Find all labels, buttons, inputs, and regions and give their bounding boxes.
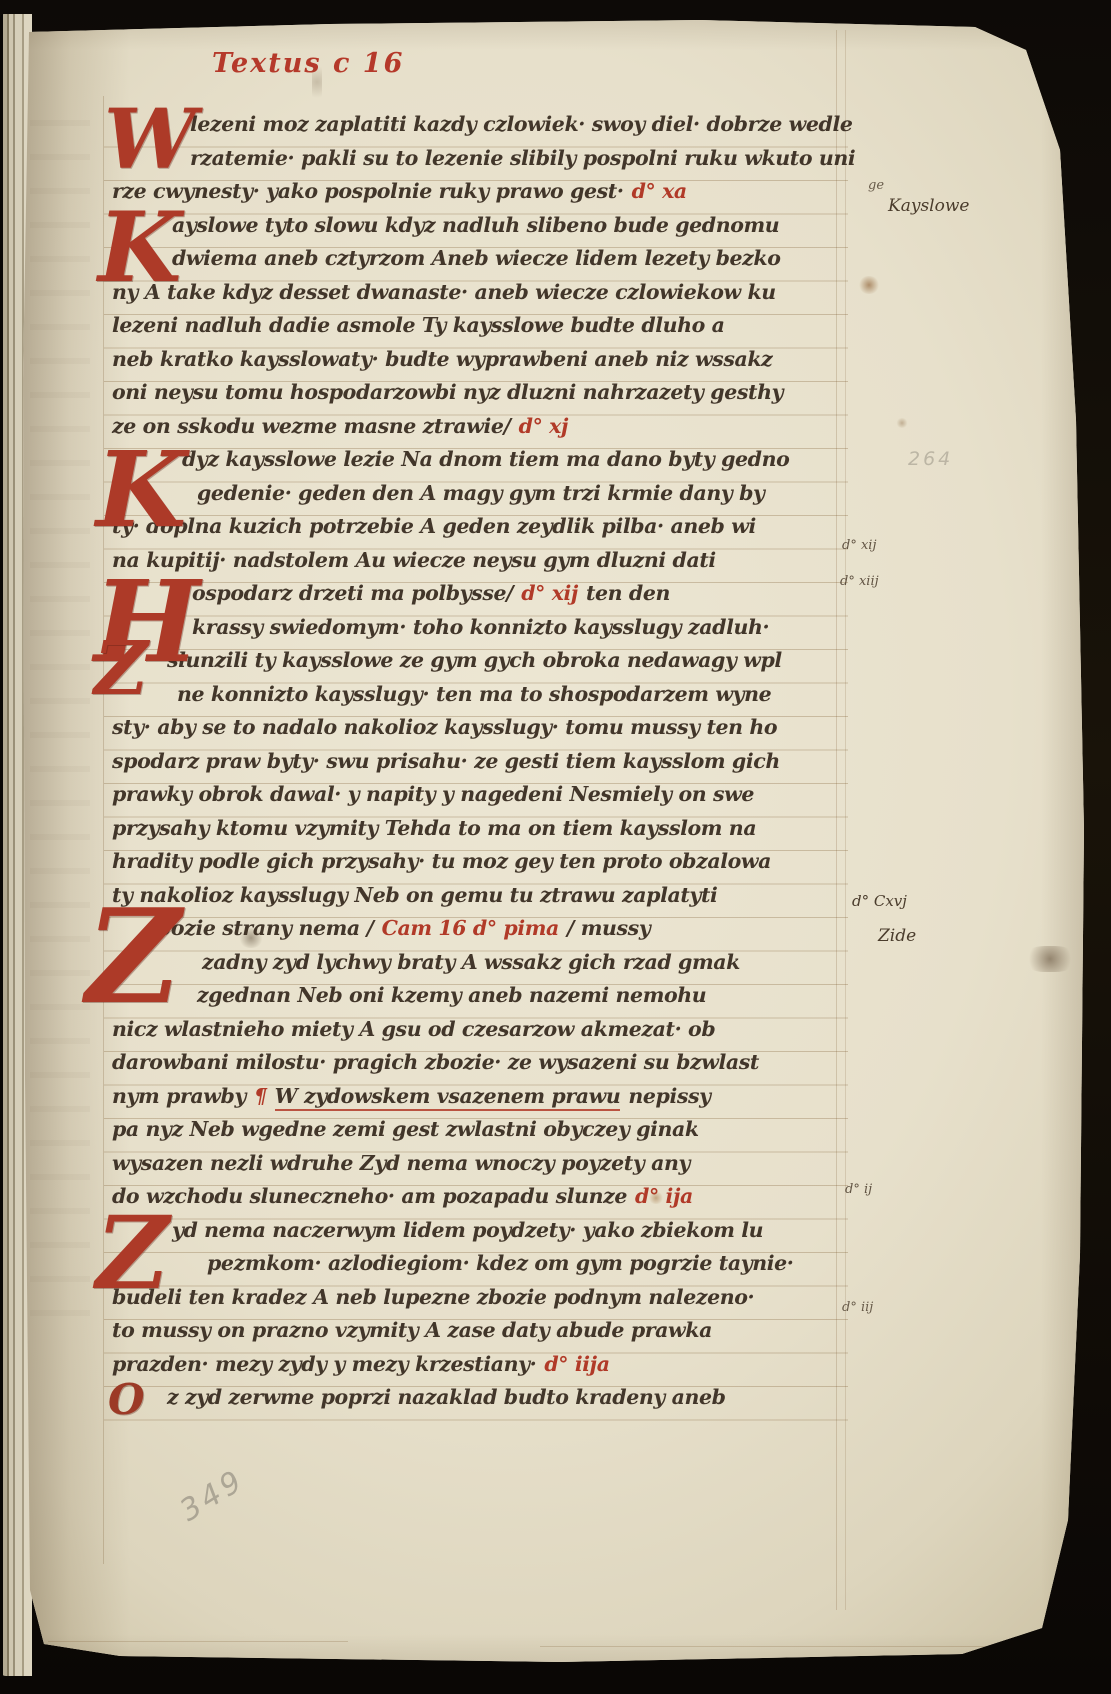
text-column: W lezeni moz zaplatiti kazdy czlowiek· s… <box>112 112 848 1419</box>
stain <box>896 418 908 428</box>
text-line: gedenie· geden den A magy gym trzi krmie… <box>112 481 848 515</box>
paragraph: H ospodarz drzeti ma polbysse/d° xijten … <box>112 581 848 648</box>
paragraph: K ayslowe tyto slowu kdyz nadluh slibeno… <box>112 213 848 448</box>
text-line: budeli ten kradez A neb lupezne zbozie p… <box>112 1285 848 1319</box>
stain <box>648 1192 664 1204</box>
text-line: prazden· mezy zydy y mezy krzestiany·d° … <box>112 1352 848 1386</box>
margin-citation: d° xiij <box>840 574 879 589</box>
drop-cap-initial: Z <box>86 898 181 1015</box>
header-rubric: Textus c 16 <box>212 48 404 79</box>
text-line: lezeni nadluh dadie asmole Ty kaysslowe … <box>112 313 848 347</box>
ink-showthrough <box>30 120 90 1320</box>
parchment-page: Textus c 16 W lezeni moz zaplatiti kazdy… <box>0 0 1111 1694</box>
margin-citation: d° iij <box>842 1300 873 1315</box>
paragraph: W lezeni moz zaplatiti kazdy czlowiek· s… <box>112 112 848 213</box>
text-line: ty nakolioz kaysslugy Neb on gemu tu ztr… <box>112 883 848 917</box>
stain <box>1024 946 1076 972</box>
drop-cap-initial: K <box>98 205 181 291</box>
text-line: zgednan Neb oni kzemy aneb nazemi nemohu <box>112 983 848 1017</box>
frame-line-left <box>103 96 104 1564</box>
text-line: oni neysu tomu hospodarzowbi nyz dluzni … <box>112 380 848 414</box>
drop-cap-initial: K <box>96 443 186 537</box>
paragraph: K dyz kaysslowe lezie Na dnom tiem ma da… <box>112 447 848 581</box>
text-line: lezeni moz zaplatiti kazdy czlowiek· swo… <box>112 112 848 146</box>
text-line: do wzchodu sluneczneho· am pozapadu slun… <box>112 1184 848 1218</box>
text-line: spodarz praw byty· swu prisahu· ze gesti… <box>112 749 848 783</box>
text-line: rzatemie· pakli su to lezenie slibily po… <box>112 146 848 180</box>
text-line: neb kratko kaysslowaty· budte wyprawbeni… <box>112 347 848 381</box>
text-line: z zyd zerwme poprzi nazaklad budto krade… <box>112 1385 848 1419</box>
text-line: sty· aby se to nadalo nakolioz kaysslugy… <box>112 715 848 749</box>
text-line: ospodarz drzeti ma polbysse/d° xijten de… <box>112 581 848 615</box>
drop-cap-initial: Z <box>94 636 148 703</box>
paragraph: Z bozie strany nema /Cam 16 d° pima/ mus… <box>112 916 848 1218</box>
frame-line-bottom-left <box>48 1641 348 1642</box>
stain <box>858 276 880 294</box>
text-line: prawky obrok dawal· y napity y nagedeni … <box>112 782 848 816</box>
stain <box>312 60 322 104</box>
text-line: dyz kaysslowe lezie Na dnom tiem ma dano… <box>112 447 848 481</box>
text-line: slunzili ty kaysslowe ze gym gych obroka… <box>112 648 848 682</box>
text-line: ze on sskodu wezme masne ztrawie/d° xj <box>112 414 848 448</box>
manuscript-photo: Textus c 16 W lezeni moz zaplatiti kazdy… <box>0 0 1111 1694</box>
text-line: bozie strany nema /Cam 16 d° pima/ mussy <box>112 916 848 950</box>
margin-citation: d° ij <box>845 1182 872 1197</box>
text-line: ny A take kdyz desset dwanaste· aneb wie… <box>112 280 848 314</box>
margin-note-kayslowe: Kayslowe <box>888 196 969 216</box>
drop-cap-initial: W <box>104 104 196 178</box>
stain <box>238 928 264 948</box>
frame-line-bottom-right <box>540 1646 1010 1647</box>
paragraph: Z yd nema naczerwym lidem poydzety· yako… <box>112 1218 848 1386</box>
text-line: nym prawby¶W zydowskem vsazenem prawunep… <box>112 1084 848 1118</box>
text-line: to mussy on prazno vzymity A zase daty a… <box>112 1318 848 1352</box>
text-line: dwiema aneb cztyrzom Aneb wiecze lidem l… <box>112 246 848 280</box>
paragraph: O z zyd zerwme poprzi nazaklad budto kra… <box>112 1385 848 1419</box>
text-line: hradity podle gich przysahy· tu moz gey … <box>112 849 848 883</box>
text-line: nicz wlastnieho miety A gsu od czesarzow… <box>112 1017 848 1051</box>
margin-note-zide: Zide <box>878 926 916 946</box>
text-line: rze cwynesty· yako pospolnie ruky prawo … <box>112 179 848 213</box>
text-line: ty· doplna kuzich potrzebie A geden zeyd… <box>112 514 848 548</box>
paragraph: Z slunzili ty kaysslowe ze gym gych obro… <box>112 648 848 916</box>
drop-cap-initial: Z <box>96 1208 169 1298</box>
text-line: wysazen nezli wdruhe Zyd nema wnoczy poy… <box>112 1151 848 1185</box>
drop-cap-initial: O <box>108 1381 145 1419</box>
text-line: darowbani milostu· pragich zbozie· ze wy… <box>112 1050 848 1084</box>
margin-citation: d° Cxvj <box>852 892 907 910</box>
text-line: ne konnizto kaysslugy· ten ma to shospod… <box>112 682 848 716</box>
text-line: yd nema naczerwym lidem poydzety· yako z… <box>112 1218 848 1252</box>
text-line: krassy swiedomym· toho konnizto kaysslug… <box>112 615 848 649</box>
text-line: pezmkom· azlodiegiom· kdez om gym pogrzi… <box>112 1251 848 1285</box>
pencil-folio-number: 264 <box>908 448 953 470</box>
margin-citation: d° xij <box>842 538 876 553</box>
text-line: przysahy ktomu vzymity Tehda to ma on ti… <box>112 816 848 850</box>
text-line: na kupitij· nadstolem Au wiecze neysu gy… <box>112 548 848 582</box>
text-line: ayslowe tyto slowu kdyz nadluh slibeno b… <box>112 213 848 247</box>
text-line: zadny zyd lychwy braty A wssakz gich rza… <box>112 950 848 984</box>
margin-glyph: ge <box>868 178 884 193</box>
text-line: pa nyz Neb wgedne zemi gest zwlastni oby… <box>112 1117 848 1151</box>
